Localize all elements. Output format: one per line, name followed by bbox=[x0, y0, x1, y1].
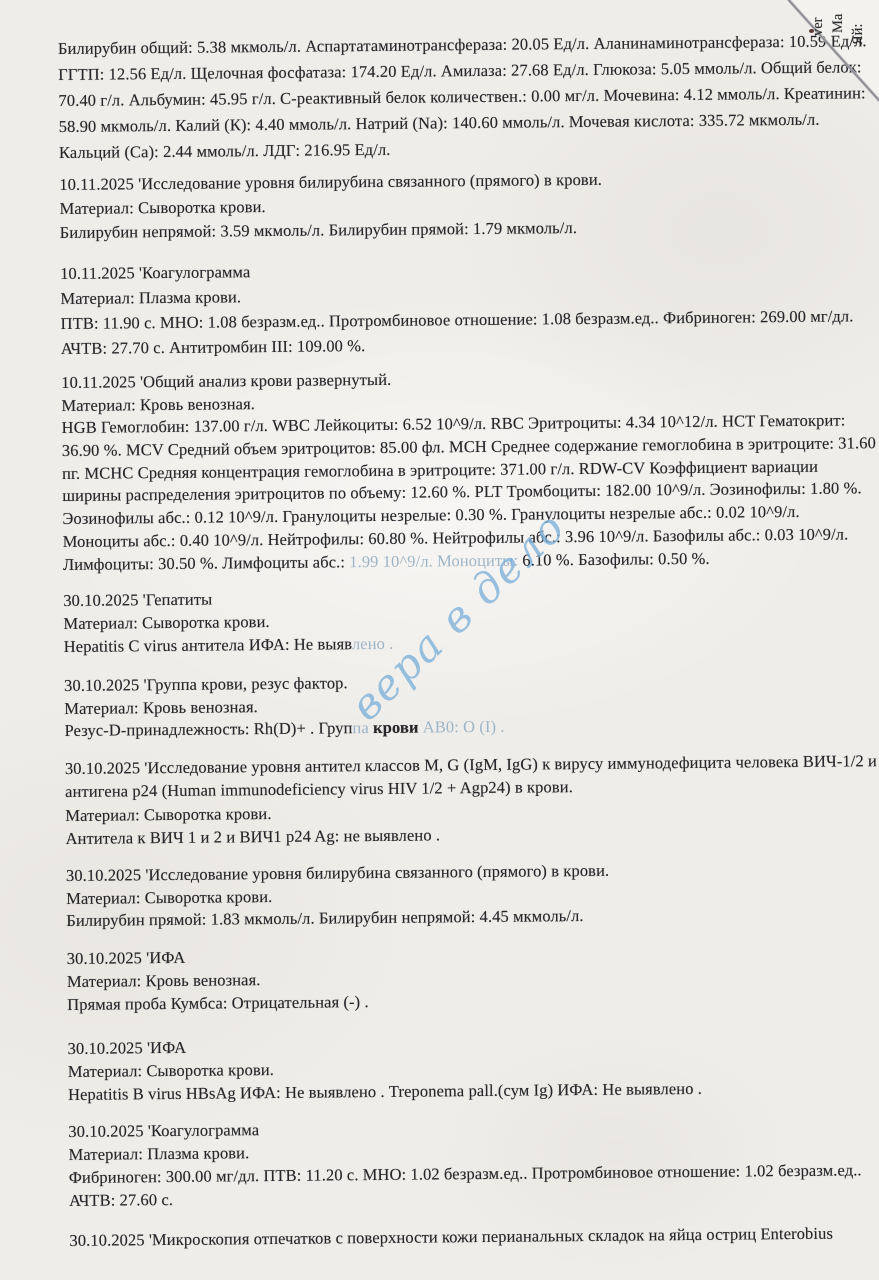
report-section: Билирубин общий: 5.38 мкмоль/л. Аспартат… bbox=[58, 28, 879, 166]
report-section: 30.10.2025 'ИФАМатериал: Кровь венозная.… bbox=[67, 939, 879, 1016]
line-segment: Лимфоциты: 30.50 %. Лимфоциты абс.: bbox=[63, 552, 349, 574]
line-segment: Резус-D-принадлежность: Rh(D)+ . Груп bbox=[64, 718, 352, 740]
line-segment: 6.10 %. Базофилы: 0.50 %. bbox=[522, 548, 710, 569]
line-segment: Hepatitis C virus антитела ИФА: Не выяв bbox=[64, 634, 352, 656]
rotated-edge-text-fragment: ver bbox=[810, 17, 827, 36]
report-line: 30.10.2025 'Микроскопия отпечатков с пов… bbox=[69, 1221, 879, 1253]
line-segment: па bbox=[352, 718, 373, 737]
line-segment: лено . bbox=[352, 634, 394, 653]
line-segment: AB0: O (I) . bbox=[423, 717, 505, 737]
report-section: 10.11.2025 'Исследование уровня билируби… bbox=[59, 165, 879, 245]
report-section: 30.10.2025 'ГепатитыМатериал: Сыворотка … bbox=[63, 581, 879, 658]
ink-speck bbox=[809, 29, 814, 33]
report-section: 30.10.2025 'КоагулограммаМатериал: Плазм… bbox=[68, 1112, 879, 1212]
report-section: 30.10.2025 'Исследование уровня билируби… bbox=[66, 857, 879, 932]
report-section: 30.10.2025 'Исследование уровня антител … bbox=[65, 749, 879, 850]
line-segment: крови bbox=[373, 718, 423, 737]
report-section: 30.10.2025 'Группа крови, резус фактор.М… bbox=[64, 667, 879, 742]
line-segment: 1.99 10^9/л. Моноциты: bbox=[349, 550, 522, 571]
rotated-edge-text-fragment: Ма bbox=[830, 14, 847, 33]
report-section: 10.11.2025 'КоагулограммаМатериал: Плазм… bbox=[60, 253, 879, 361]
report-section: 30.10.2025 'Микроскопия отпечатков с пов… bbox=[69, 1221, 879, 1253]
scanned-lab-report-page: Билирубин общий: 5.38 мкмоль/л. Аспартат… bbox=[0, 0, 879, 1280]
report-text-area: Билирубин общий: 5.38 мкмоль/л. Аспартат… bbox=[0, 0, 879, 1280]
report-section: 10.11.2025 'Общий анализ крови развернут… bbox=[61, 364, 879, 576]
rotated-edge-text-fragment: Яй: bbox=[850, 24, 867, 45]
report-section: 30.10.2025 'ИФАМатериал: Сыворотка крови… bbox=[67, 1029, 879, 1106]
